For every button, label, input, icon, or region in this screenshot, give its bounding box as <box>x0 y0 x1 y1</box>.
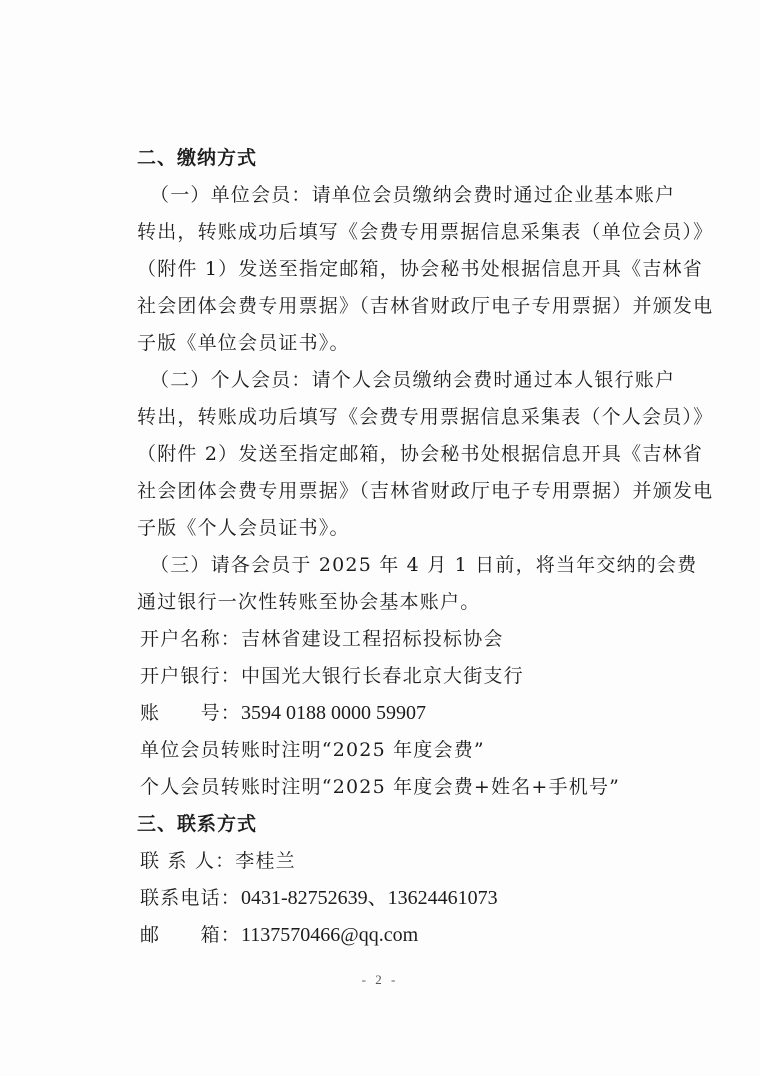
account-name-value: 吉林省建设工程招标投标协会 <box>241 628 504 650</box>
individual-transfer-note: 个人会员转账时注明“2025 年度会费+姓名+手机号” <box>140 775 620 799</box>
account-name-row: 开户名称：吉林省建设工程招标投标协会 <box>140 627 504 651</box>
contact-person-value: 李桂兰 <box>235 850 296 872</box>
contact-email-row: 邮 箱：1137570466@qq.com <box>140 923 418 947</box>
document-page: 二、缴纳方式 （一）单位会员：请单位会员缴纳会费时通过企业基本账户 转出，转账成… <box>0 0 760 1076</box>
contact-phone-label: 联系电话： <box>140 886 241 910</box>
account-number-value: 3594 0188 0000 59907 <box>241 702 426 724</box>
account-number-label: 账 号： <box>140 701 241 725</box>
paragraph-individual-member-line: （附件 2）发送至指定邮箱，协会秘书处根据信息开具《吉林省 <box>137 442 667 466</box>
contact-phone-value: 0431-82752639、13624461073 <box>241 887 498 909</box>
account-bank-row: 开户银行：中国光大银行长春北京大街支行 <box>140 664 524 688</box>
account-bank-label: 开户银行： <box>140 664 241 688</box>
paragraph-individual-member-line: 社会团体会费专用票据》（吉林省财政厅电子专用票据）并颁发电 <box>137 479 667 503</box>
paragraph-individual-member-line: 子版《个人会员证书》。 <box>137 516 667 540</box>
unit-transfer-note: 单位会员转账时注明“2025 年度会费” <box>140 738 485 762</box>
section-heading-payment: 二、缴纳方式 <box>137 146 257 170</box>
paragraph-unit-member-line: （附件 1）发送至指定邮箱，协会秘书处根据信息开具《吉林省 <box>137 257 667 281</box>
contact-person-row: 联 系 人：李桂兰 <box>140 849 296 873</box>
contact-email-value: 1137570466@qq.com <box>241 924 418 946</box>
section-heading-contact: 三、联系方式 <box>137 812 257 836</box>
paragraph-unit-member-line: 子版《单位会员证书》。 <box>137 331 667 355</box>
account-name-label: 开户名称： <box>140 627 241 651</box>
contact-person-label: 联 系 人： <box>140 849 235 873</box>
account-number-row: 账 号：3594 0188 0000 59907 <box>140 701 426 725</box>
paragraph-unit-member-line: 转出，转账成功后填写《会费专用票据信息采集表（单位会员）》 <box>137 220 667 244</box>
contact-email-label: 邮 箱： <box>140 923 241 947</box>
paragraph-individual-member-line: （二）个人会员：请个人会员缴纳会费时通过本人银行账户 <box>150 368 667 392</box>
paragraph-deadline-line: （三）请各会员于 2025 年 4 月 1 日前，将当年交纳的会费 <box>150 553 667 577</box>
paragraph-deadline-line: 通过银行一次性转账至协会基本账户。 <box>137 590 667 614</box>
paragraph-unit-member-line: 社会团体会费专用票据》（吉林省财政厅电子专用票据）并颁发电 <box>137 294 667 318</box>
paragraph-unit-member-line: （一）单位会员：请单位会员缴纳会费时通过企业基本账户 <box>150 183 667 207</box>
paragraph-individual-member-line: 转出，转账成功后填写《会费专用票据信息采集表（个人会员）》 <box>137 405 667 429</box>
contact-phone-row: 联系电话：0431-82752639、13624461073 <box>140 886 498 910</box>
account-bank-value: 中国光大银行长春北京大街支行 <box>241 665 524 687</box>
page-number: - 2 - <box>0 972 760 988</box>
